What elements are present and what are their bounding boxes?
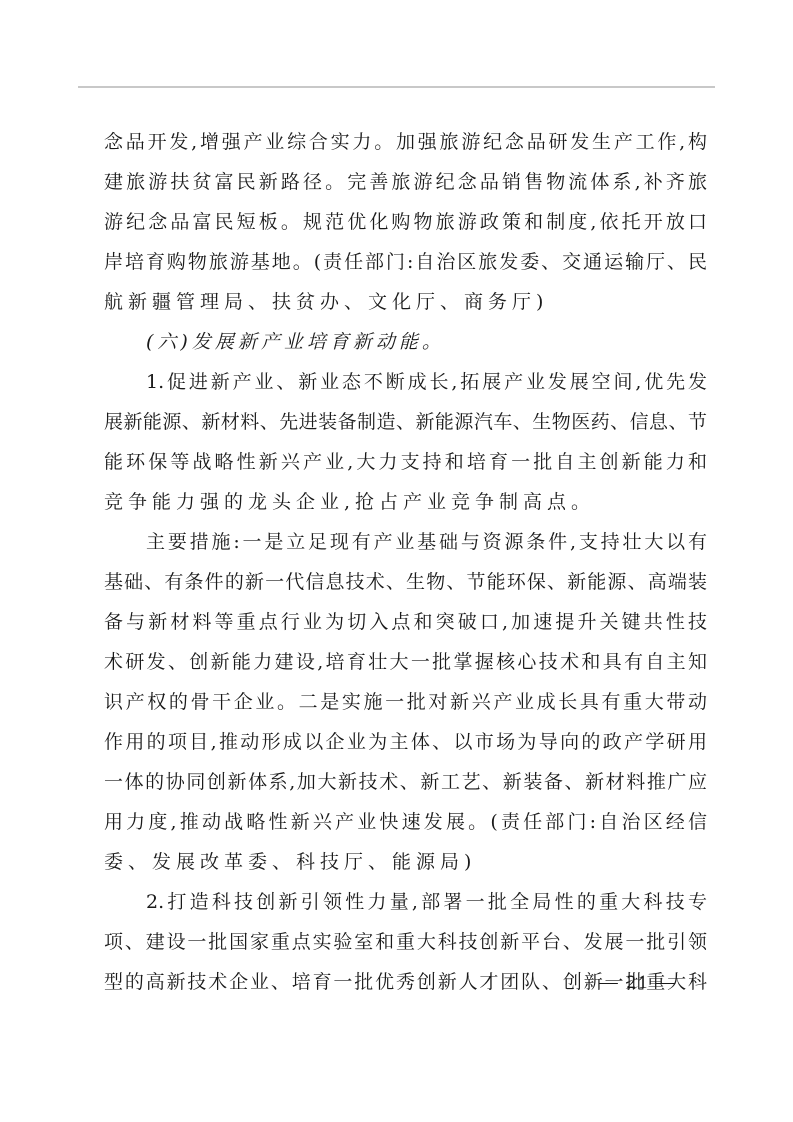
text-line: 作用的项目,推动形成以企业为主体、以市场为导向的政产学研用 bbox=[104, 722, 707, 762]
text-line: 委、发展改革委、科技厅、能源局) bbox=[104, 842, 707, 882]
text-line: 用力度,推动战略性新兴产业快速发展。(责任部门:自治区经信 bbox=[104, 802, 707, 842]
text-line: 念品开发,增强产业综合实力。加强旅游纪念品研发生产工作,构 bbox=[104, 122, 707, 162]
text-line: 竞争能力强的龙头企业,抢占产业竞争制高点。 bbox=[104, 482, 707, 522]
text-line: 备与新材料等重点行业为切入点和突破口,加速提升关键共性技 bbox=[104, 602, 707, 642]
text-line: 识产权的骨干企业。二是实施一批对新兴产业成长具有重大带动 bbox=[104, 682, 707, 722]
page-number: — 21 — bbox=[588, 972, 688, 994]
text-line: 岸培育购物旅游基地。(责任部门:自治区旅发委、交通运输厅、民 bbox=[104, 242, 707, 282]
text-line: 建旅游扶贫富民新路径。完善旅游纪念品销售物流体系,补齐旅 bbox=[104, 162, 707, 202]
text-line: 2.打造科技创新引领性力量,部署一批全局性的重大科技专 bbox=[104, 882, 707, 922]
section-heading: (六)发展新产业培育新动能。 bbox=[104, 322, 707, 362]
text-line: 游纪念品富民短板。规范优化购物旅游政策和制度,依托开放口 bbox=[104, 202, 707, 242]
text-line: 航新疆管理局、扶贫办、文化厅、商务厅) bbox=[104, 282, 707, 322]
text-line: 基础、有条件的新一代信息技术、生物、节能环保、新能源、高端装 bbox=[104, 562, 707, 602]
paragraph-tourism-souvenirs: 念品开发,增强产业综合实力。加强旅游纪念品研发生产工作,构 建旅游扶贫富民新路径… bbox=[104, 122, 707, 322]
section-heading-text: (六)发展新产业培育新动能。 bbox=[104, 322, 707, 362]
text-line: 1.促进新产业、新业态不断成长,拓展产业发展空间,优先发 bbox=[104, 362, 707, 402]
header-rule bbox=[78, 86, 715, 88]
text-line: 主要措施:一是立足现有产业基础与资源条件,支持壮大以有 bbox=[104, 522, 707, 562]
text-line: 项、建设一批国家重点实验室和重大科技创新平台、发展一批引领 bbox=[104, 922, 707, 962]
paragraph-item-1: 1.促进新产业、新业态不断成长,拓展产业发展空间,优先发 展新能源、新材料、先进… bbox=[104, 362, 707, 522]
text-line: 展新能源、新材料、先进装备制造、新能源汽车、生物医药、信息、节 bbox=[104, 402, 707, 442]
text-line: 一体的协同创新体系,加大新技术、新工艺、新装备、新材料推广应 bbox=[104, 762, 707, 802]
text-line: 术研发、创新能力建设,培育壮大一批掌握核心技术和具有自主知 bbox=[104, 642, 707, 682]
paragraph-main-measures: 主要措施:一是立足现有产业基础与资源条件,支持壮大以有 基础、有条件的新一代信息… bbox=[104, 522, 707, 882]
text-line: 能环保等战略性新兴产业,大力支持和培育一批自主创新能力和 bbox=[104, 442, 707, 482]
document-body: 念品开发,增强产业综合实力。加强旅游纪念品研发生产工作,构 建旅游扶贫富民新路径… bbox=[104, 122, 707, 1002]
